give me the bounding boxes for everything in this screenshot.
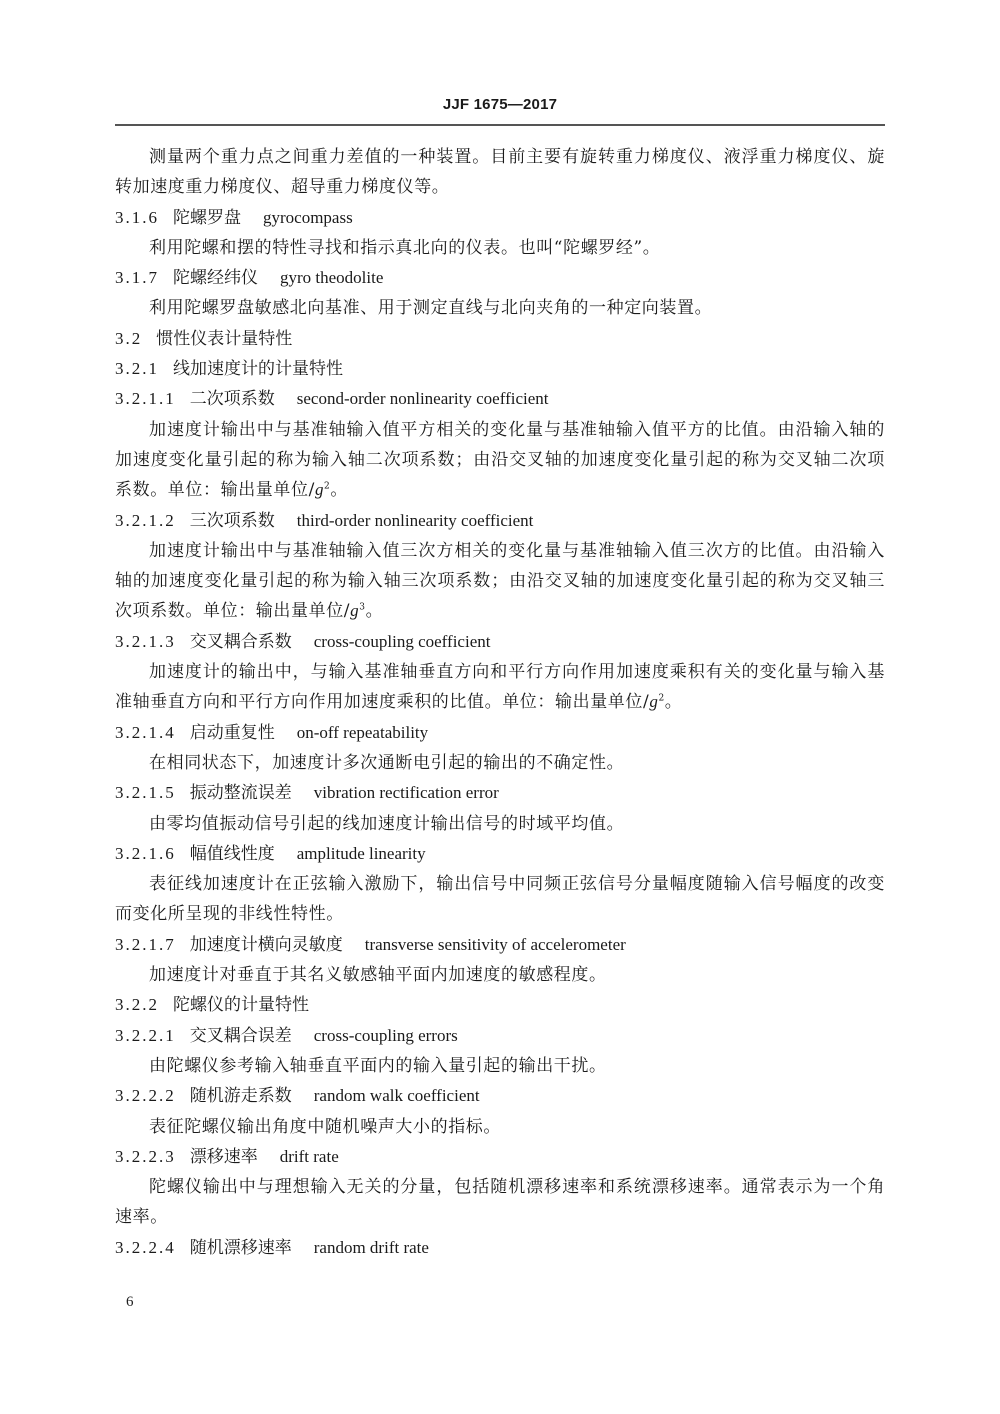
term-english: transverse sensitivity of accelerometer [365, 935, 626, 954]
paragraph-text: 陀螺仪输出中与理想输入无关的分量，包括随机漂移速率和系统漂移速率。通常表示为一个… [115, 1177, 885, 1227]
document-body: 测量两个重力点之间重力差值的一种装置。目前主要有旋转重力梯度仪、液浮重力梯度仪、… [115, 142, 885, 1263]
section-heading: 3.2.2.3漂移速率drift rate [115, 1142, 885, 1172]
section-number: 3.2.1 [115, 354, 159, 384]
term-english: cross-coupling coefficient [314, 632, 491, 651]
header-divider [115, 124, 885, 126]
section-heading: 3.2惯性仪表计量特性 [115, 324, 885, 354]
term-chinese: 二次项系数 [190, 389, 275, 409]
term-english: drift rate [280, 1147, 339, 1166]
section-heading: 3.2.2.4随机漂移速率random drift rate [115, 1233, 885, 1263]
definition-paragraph: 加速度计对垂直于其名义敏感轴平面内加速度的敏感程度。 [115, 960, 885, 990]
term-chinese: 惯性仪表计量特性 [156, 329, 292, 349]
term-chinese: 随机游走系数 [190, 1086, 292, 1106]
section-number: 3.1.6 [115, 203, 159, 233]
term-english: random walk coefficient [314, 1086, 480, 1105]
term-chinese: 随机漂移速率 [190, 1238, 292, 1258]
term-chinese: 加速度计横向灵敏度 [190, 935, 343, 955]
definition-paragraph: 在相同状态下，加速度计多次通断电引起的输出的不确定性。 [115, 748, 885, 778]
definition-paragraph: 表征线加速度计在正弦输入激励下，输出信号中同频正弦信号分量幅度随输入信号幅度的改… [115, 869, 885, 930]
term-english: amplitude linearity [297, 844, 426, 863]
section-heading: 3.2.1.3交叉耦合系数cross-coupling coefficient [115, 627, 885, 657]
term-english: on-off repeatability [297, 723, 428, 742]
term-english: gyrocompass [263, 208, 353, 227]
section-number: 3.2.1.3 [115, 627, 176, 657]
paragraph-text: 利用陀螺罗盘敏感北向基准、用于测定直线与北向夹角的一种定向装置。 [149, 298, 712, 318]
term-chinese: 交叉耦合误差 [190, 1026, 292, 1046]
paragraph-text: 在相同状态下，加速度计多次通断电引起的输出的不确定性。 [149, 753, 624, 773]
term-chinese: 幅值线性度 [190, 844, 275, 864]
section-number: 3.2.2 [115, 990, 159, 1020]
paragraph-tail: 。 [665, 692, 683, 712]
paragraph-text: 表征线加速度计在正弦输入激励下，输出信号中同频正弦信号分量幅度随输入信号幅度的改… [115, 874, 885, 924]
definition-paragraph: 表征陀螺仪输出角度中随机噪声大小的指标。 [115, 1112, 885, 1142]
unit-symbol: g [350, 601, 359, 620]
section-heading: 3.2.1线加速度计的计量特性 [115, 354, 885, 384]
section-heading: 3.2.1.2三次项系数third-order nonlinearity coe… [115, 506, 885, 536]
term-chinese: 三次项系数 [190, 511, 275, 531]
section-heading: 3.2.1.6幅值线性度amplitude linearity [115, 839, 885, 869]
section-heading: 3.1.6陀螺罗盘gyrocompass [115, 203, 885, 233]
term-english: third-order nonlinearity coefficient [297, 511, 534, 530]
term-chinese: 交叉耦合系数 [190, 632, 292, 652]
definition-paragraph: 利用陀螺和摆的特性寻找和指示真北向的仪表。也叫“陀螺罗经”。 [115, 233, 885, 263]
paragraph-text: 加速度计输出中与基准轴输入值平方相关的变化量与基准轴输入值平方的比值。由沿输入轴… [115, 420, 885, 501]
definition-paragraph: 测量两个重力点之间重力差值的一种装置。目前主要有旋转重力梯度仪、液浮重力梯度仪、… [115, 142, 885, 203]
section-number: 3.1.7 [115, 263, 159, 293]
paragraph-text: 加速度计输出中与基准轴输入值三次方相关的变化量与基准轴输入值三次方的比值。由沿输… [115, 541, 885, 622]
section-heading: 3.2.1.1二次项系数second-order nonlinearity co… [115, 384, 885, 414]
paragraph-text: 测量两个重力点之间重力差值的一种装置。目前主要有旋转重力梯度仪、液浮重力梯度仪、… [115, 147, 885, 197]
paragraph-text: 利用陀螺和摆的特性寻找和指示真北向的仪表。也叫“陀螺罗经”。 [149, 238, 660, 258]
paragraph-text: 由陀螺仪参考输入轴垂直平面内的输入量引起的输出干扰。 [149, 1056, 607, 1076]
term-chinese: 启动重复性 [190, 723, 275, 743]
paragraph-text: 加速度计对垂直于其名义敏感轴平面内加速度的敏感程度。 [149, 965, 607, 985]
section-heading: 3.2.1.7加速度计横向灵敏度transverse sensitivity o… [115, 930, 885, 960]
section-heading: 3.2.2.2随机游走系数random walk coefficient [115, 1081, 885, 1111]
paragraph-text: 加速度计的输出中，与输入基准轴垂直方向和平行方向作用加速度乘积有关的变化量与输入… [115, 662, 885, 712]
term-english: gyro theodolite [280, 268, 383, 287]
section-number: 3.2.1.4 [115, 718, 176, 748]
definition-paragraph: 加速度计输出中与基准轴输入值平方相关的变化量与基准轴输入值平方的比值。由沿输入轴… [115, 415, 885, 506]
term-chinese: 陀螺罗盘 [173, 208, 241, 228]
term-english: second-order nonlinearity coefficient [297, 389, 549, 408]
paragraph-text: 由零均值振动信号引起的线加速度计输出信号的时域平均值。 [149, 814, 624, 834]
document-code-header: JJF 1675—2017 [0, 96, 1000, 113]
definition-paragraph: 陀螺仪输出中与理想输入无关的分量，包括随机漂移速率和系统漂移速率。通常表示为一个… [115, 1172, 885, 1233]
section-heading: 3.2.2.1交叉耦合误差cross-coupling errors [115, 1021, 885, 1051]
paragraph-tail: 。 [366, 601, 384, 621]
definition-paragraph: 利用陀螺罗盘敏感北向基准、用于测定直线与北向夹角的一种定向装置。 [115, 293, 885, 323]
term-chinese: 线加速度计的计量特性 [173, 359, 343, 379]
term-english: cross-coupling errors [314, 1026, 458, 1045]
section-number: 3.2.1.5 [115, 778, 176, 808]
section-number: 3.2.1.7 [115, 930, 176, 960]
section-heading: 3.2.2陀螺仪的计量特性 [115, 990, 885, 1020]
section-number: 3.2.1.1 [115, 384, 176, 414]
section-number: 3.2.1.2 [115, 506, 176, 536]
unit-symbol: g [315, 480, 324, 499]
section-heading: 3.1.7陀螺经纬仪gyro theodolite [115, 263, 885, 293]
definition-paragraph: 加速度计输出中与基准轴输入值三次方相关的变化量与基准轴输入值三次方的比值。由沿输… [115, 536, 885, 627]
section-number: 3.2.2.3 [115, 1142, 176, 1172]
section-number: 3.2 [115, 324, 142, 354]
term-chinese: 漂移速率 [190, 1147, 258, 1167]
section-number: 3.2.2.1 [115, 1021, 176, 1051]
definition-paragraph: 由零均值振动信号引起的线加速度计输出信号的时域平均值。 [115, 809, 885, 839]
term-english: vibration rectification error [314, 783, 499, 802]
section-number: 3.2.2.4 [115, 1233, 176, 1263]
section-heading: 3.2.1.4启动重复性on-off repeatability [115, 718, 885, 748]
term-chinese: 陀螺仪的计量特性 [173, 995, 309, 1015]
paragraph-tail: 。 [330, 480, 348, 500]
term-chinese: 振动整流误差 [190, 783, 292, 803]
section-heading: 3.2.1.5振动整流误差vibration rectification err… [115, 778, 885, 808]
section-number: 3.2.1.6 [115, 839, 176, 869]
term-chinese: 陀螺经纬仪 [173, 268, 258, 288]
page-number: 6 [126, 1294, 134, 1311]
paragraph-text: 表征陀螺仪输出角度中随机噪声大小的指标。 [149, 1117, 501, 1137]
definition-paragraph: 加速度计的输出中，与输入基准轴垂直方向和平行方向作用加速度乘积有关的变化量与输入… [115, 657, 885, 718]
section-number: 3.2.2.2 [115, 1081, 176, 1111]
definition-paragraph: 由陀螺仪参考输入轴垂直平面内的输入量引起的输出干扰。 [115, 1051, 885, 1081]
term-english: random drift rate [314, 1238, 429, 1257]
